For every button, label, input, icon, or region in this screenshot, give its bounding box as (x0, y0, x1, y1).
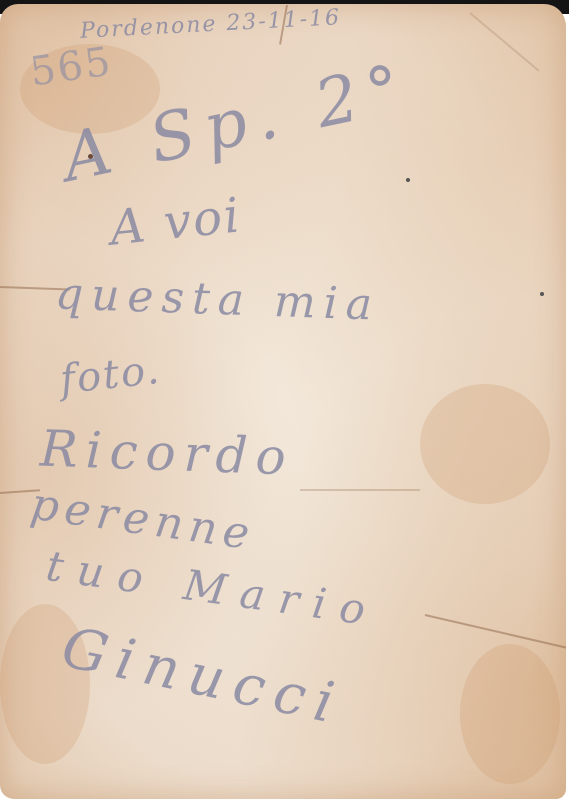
photo-card-back: Pordenone 23-11-16 565 A Sp. 2° A voi qu… (0, 4, 566, 799)
crease (469, 12, 539, 71)
stain (420, 384, 550, 504)
ink-spot (406, 178, 410, 182)
line-5: Ricordo (39, 420, 295, 487)
crease (425, 614, 566, 649)
ink-spot (540, 292, 544, 296)
line-4: foto. (58, 347, 163, 403)
line-2: A voi (107, 187, 243, 256)
stain (460, 644, 560, 784)
line-3: questa mia (54, 268, 381, 330)
header-note: Pordenone 23-11-16 (80, 5, 342, 44)
crease (300, 489, 420, 491)
line-8: Ginucci (56, 615, 349, 738)
